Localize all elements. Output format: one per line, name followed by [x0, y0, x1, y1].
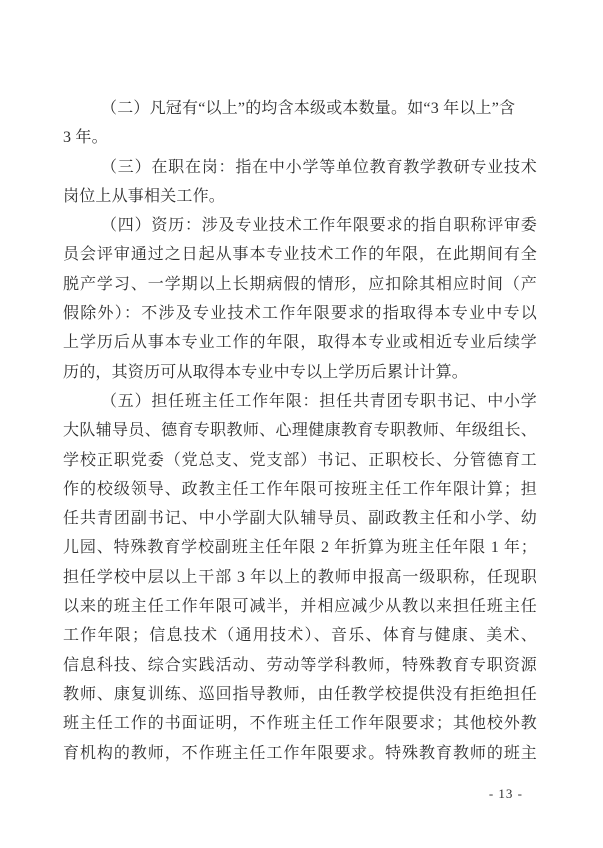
text-line: 学校正职党委（党总支、党支部）书记、正职校长、分管德育工 — [63, 446, 537, 475]
text-line: （四）资历：涉及专业技术工作年限要求的指自职称评审委 — [63, 211, 537, 240]
page-number: - 13 - — [489, 786, 523, 802]
text-line: （二）凡冠有“以上”的均含本级或本数量。如“3 年以上”含 — [63, 94, 537, 123]
text-line: 信息科技、综合实践活动、劳动等学科教师，特殊教育专职资源 — [63, 651, 537, 680]
text-line: 儿园、特殊教育学校副班主任年限 2 年折算为班主任年限 1 年； — [63, 533, 537, 562]
text-line: 工作年限；信息技术（通用技术）、音乐、体育与健康、美术、 — [63, 621, 537, 650]
text-line: 脱产学习、一学期以上长期病假的情形，应扣除其相应时间（产 — [63, 270, 537, 299]
text-line: 3 年。 — [63, 123, 537, 152]
paragraph-5: （五）担任班主任工作年限：担任共青团专职书记、中小学 大队辅导员、德育专职教师、… — [63, 387, 537, 768]
text-line: 育机构的教师，不作班主任工作年限要求。特殊教育教师的班主 — [63, 739, 537, 768]
document-page: （二）凡冠有“以上”的均含本级或本数量。如“3 年以上”含 3 年。 （三）在职… — [0, 0, 603, 848]
paragraph-2: （二）凡冠有“以上”的均含本级或本数量。如“3 年以上”含 3 年。 — [63, 94, 537, 153]
text-line: 历的，其资历可从取得本专业中专以上学历后累计计算。 — [63, 358, 537, 387]
paragraph-4: （四）资历：涉及专业技术工作年限要求的指自职称评审委 员会评审通过之日起从事本专… — [63, 211, 537, 387]
text-line: 岗位上从事相关工作。 — [63, 182, 537, 211]
text-line: （五）担任班主任工作年限：担任共青团专职书记、中小学 — [63, 387, 537, 416]
text-line: 员会评审通过之日起从事本专业技术工作的年限，在此期间有全 — [63, 240, 537, 269]
text-line: 作的校级领导、政教主任工作年限可按班主任工作年限计算；担 — [63, 475, 537, 504]
text-line: 任共青团副书记、中小学副大队辅导员、副政教主任和小学、幼 — [63, 504, 537, 533]
document-body: （二）凡冠有“以上”的均含本级或本数量。如“3 年以上”含 3 年。 （三）在职… — [63, 94, 537, 768]
text-line: （三）在职在岗：指在中小学等单位教育教学教研专业技术 — [63, 153, 537, 182]
text-line: 以来的班主任工作年限可减半，并相应减少从教以来担任班主任 — [63, 592, 537, 621]
text-line: 教师、康复训练、巡回指导教师，由任教学校提供没有拒绝担任 — [63, 680, 537, 709]
text-line: 假除外）：不涉及专业技术工作年限要求的指取得本专业中专以 — [63, 299, 537, 328]
text-line: 大队辅导员、德育专职教师、心理健康教育专职教师、年级组长、 — [63, 416, 537, 445]
text-line: 班主任工作的书面证明，不作班主任工作年限要求；其他校外教 — [63, 709, 537, 738]
text-line: 担任学校中层以上干部 3 年以上的教师申报高一级职称，任现职 — [63, 563, 537, 592]
text-line: 上学历后从事本专业工作的年限，取得本专业或相近专业后续学 — [63, 328, 537, 357]
paragraph-3: （三）在职在岗：指在中小学等单位教育教学教研专业技术 岗位上从事相关工作。 — [63, 153, 537, 212]
